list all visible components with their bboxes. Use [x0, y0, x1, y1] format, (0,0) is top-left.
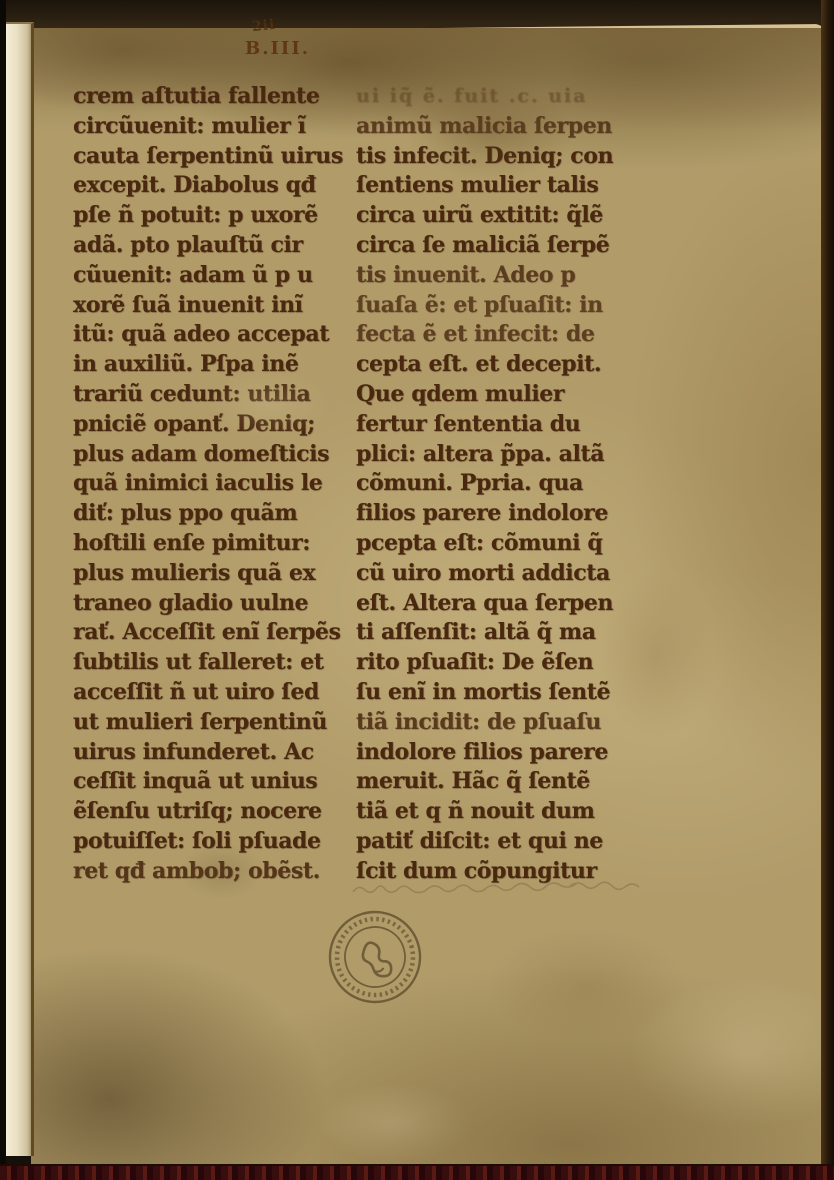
binding-fabric-band	[0, 1164, 834, 1180]
text-line: xorẽ ſuã inuenit inĩ	[73, 291, 373, 321]
text-line: ti aſſenſit: altã q̃ ma	[356, 618, 656, 648]
text-column-right: ui iq̃ ẽ. fuit .c. uiaanimũ malicia ſerp…	[356, 82, 656, 887]
text-line: itũ: quã adeo accepat	[73, 320, 373, 350]
text-line: ẽſenſu utriſq; nocere	[73, 797, 373, 827]
text-line: acceſſit ñ ut uiro ſed	[73, 678, 373, 708]
text-line: uirus infunderet. Ac	[73, 738, 373, 768]
text-line: Que qdem mulier	[356, 380, 656, 410]
text-line: quã inimici iaculis le	[73, 469, 373, 499]
text-line: plus adam domeſticis	[73, 440, 373, 470]
text-line: ret qđ ambob; obẽst.	[73, 857, 373, 887]
text-line: fecta ẽ et infecit: de	[356, 320, 656, 350]
page-heading: B.III.	[245, 38, 310, 59]
text-line: rať. Acceſſit enĩ ſerpẽs	[73, 618, 373, 648]
text-column-left: crem aſtutia fallentecircũuenit: mulier …	[73, 82, 373, 887]
text-line: meruit. Hãc q̃ ſentẽ	[356, 767, 656, 797]
text-line: ſu enĩ in mortis ſentẽ	[356, 678, 656, 708]
text-line: pcepta eſt: cõmuni q̃	[356, 529, 656, 559]
text-line: pſe ñ potuit: p uxorẽ	[73, 201, 373, 231]
right-page-edge	[821, 0, 834, 1180]
page-fore-edge	[6, 22, 34, 1156]
text-line: ceſſit inquã ut unius	[73, 767, 373, 797]
text-line: patiť diſcit: et qui ne	[356, 827, 656, 857]
manuscript-photo: 2ii B.III. crem aſtutia fallentecircũuen…	[0, 0, 834, 1180]
text-line: ui iq̃ ẽ. fuit .c. uia	[356, 82, 656, 112]
text-line: cauta ſerpentinũ uirus	[73, 142, 373, 172]
text-line: excepit. Diabolus qđ	[73, 171, 373, 201]
text-line: ſentiens mulier talis	[356, 171, 656, 201]
text-line: plici: altera p̃pa. altã	[356, 440, 656, 470]
text-line: cũ uiro morti addicta	[356, 559, 656, 589]
quire-mark: 2ii	[251, 17, 276, 35]
text-line: tiã incidit: de pſuaſu	[356, 708, 656, 738]
text-line: tis infecit. Deniq; con	[356, 142, 656, 172]
text-line: animũ malicia ſerpen	[356, 112, 656, 142]
text-line: pniciẽ opanť. Deniq;	[73, 410, 373, 440]
text-line: crem aſtutia fallente	[73, 82, 373, 112]
text-line: circa uirũ extitit: q̃lẽ	[356, 201, 656, 231]
text-line: ſuaſa ẽ: et pſuaſit: in	[356, 291, 656, 321]
text-line: cũuenit: adam ũ p u	[73, 261, 373, 291]
text-line: circũuenit: mulier ĩ	[73, 112, 373, 142]
text-line: fertur ſententia du	[356, 410, 656, 440]
text-line: adã. pto plauſtũ cir	[73, 231, 373, 261]
text-line: tis inuenit. Adeo p	[356, 261, 656, 291]
text-line: filios parere indolore	[356, 499, 656, 529]
text-line: traneo gladio uulne	[73, 589, 373, 619]
text-line: circa ſe maliciã ſerpẽ	[356, 231, 656, 261]
text-line: cõmuni. Ppria. qua	[356, 469, 656, 499]
text-line: hoſtili enſe pimitur:	[73, 529, 373, 559]
text-line: in auxiliũ. Pſpa inẽ	[73, 350, 373, 380]
text-line: trariũ cedunt: utilia	[73, 380, 373, 410]
text-line: eſt. Altera qua ſerpen	[356, 589, 656, 619]
text-line: tiã et q ñ nouit dum	[356, 797, 656, 827]
text-line: cepta eſt. et decepit.	[356, 350, 656, 380]
text-line: potuiſſet: ſoli pſuade	[73, 827, 373, 857]
text-line: ſubtilis ut falleret: et	[73, 648, 373, 678]
text-line: rito pſuaſit: De ẽſen	[356, 648, 656, 678]
text-line: plus mulieris quã ex	[73, 559, 373, 589]
text-line: diť: plus ppo quãm	[73, 499, 373, 529]
text-line: indolore filios parere	[356, 738, 656, 768]
text-line: ut mulieri ſerpentinũ	[73, 708, 373, 738]
